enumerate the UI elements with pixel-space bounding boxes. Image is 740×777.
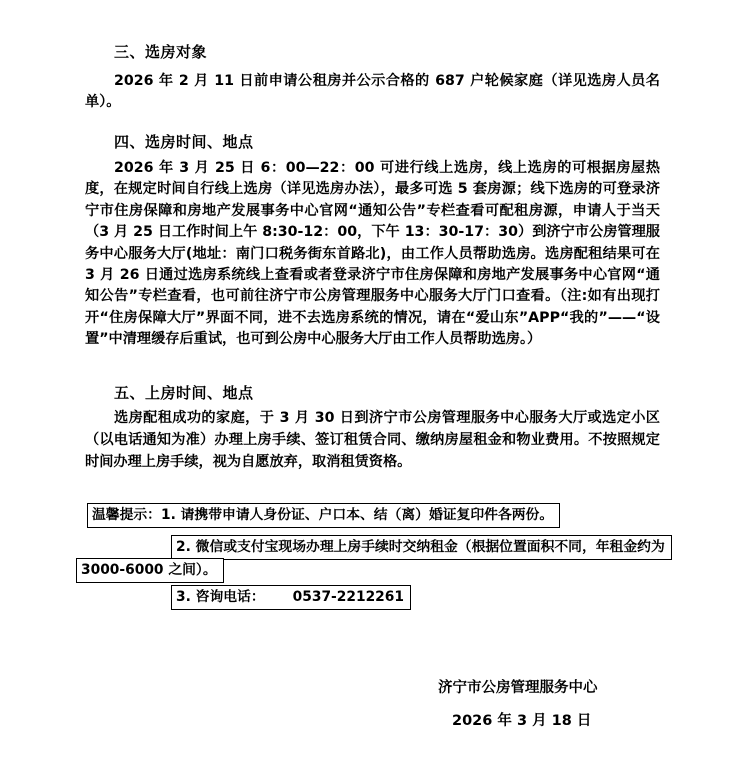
- warm-tip-2-box-line2: 3000-6000 之间）。: [76, 558, 224, 583]
- section-3-paragraph: 2026 年 2 月 11 日前申请公租房并公示合格的 687 户轮候家庭（详见…: [85, 71, 660, 114]
- warm-tip-1-box: 温馨提示：1. 请携带申请人身份证、户口本、结（离）婚证复印件各两份。: [87, 503, 560, 528]
- signature-date: 2026 年 3 月 18 日: [452, 709, 591, 730]
- warm-tip-2-box-line1: 2. 微信或支付宝现场办理上房手续时交纳租金（根据位置面积不同，年租金约为: [171, 535, 672, 560]
- warm-tip-3-box: 3. 咨询电话：0537-2212261: [171, 585, 411, 610]
- consult-phone-number: 0537-2212261: [293, 589, 404, 605]
- consult-phone-label: 3. 咨询电话：: [176, 589, 265, 605]
- section-3-heading: 三、选房对象: [114, 41, 207, 62]
- section-5-paragraph: 选房配租成功的家庭，于 3 月 30 日到济宁市公房管理服务中心服务大厅或选定小…: [85, 407, 660, 474]
- signature-organization: 济宁市公房管理服务中心: [438, 676, 598, 697]
- notice-document-page: 三、选房对象 2026 年 2 月 11 日前申请公租房并公示合格的 687 户…: [0, 0, 740, 777]
- section-4-paragraph: 2026 年 3 月 25 日 6：00—22：00 可进行线上选房，线上选房的…: [85, 158, 660, 351]
- section-5-heading: 五、上房时间、地点: [114, 382, 254, 403]
- section-4-heading: 四、选房时间、地点: [114, 131, 254, 152]
